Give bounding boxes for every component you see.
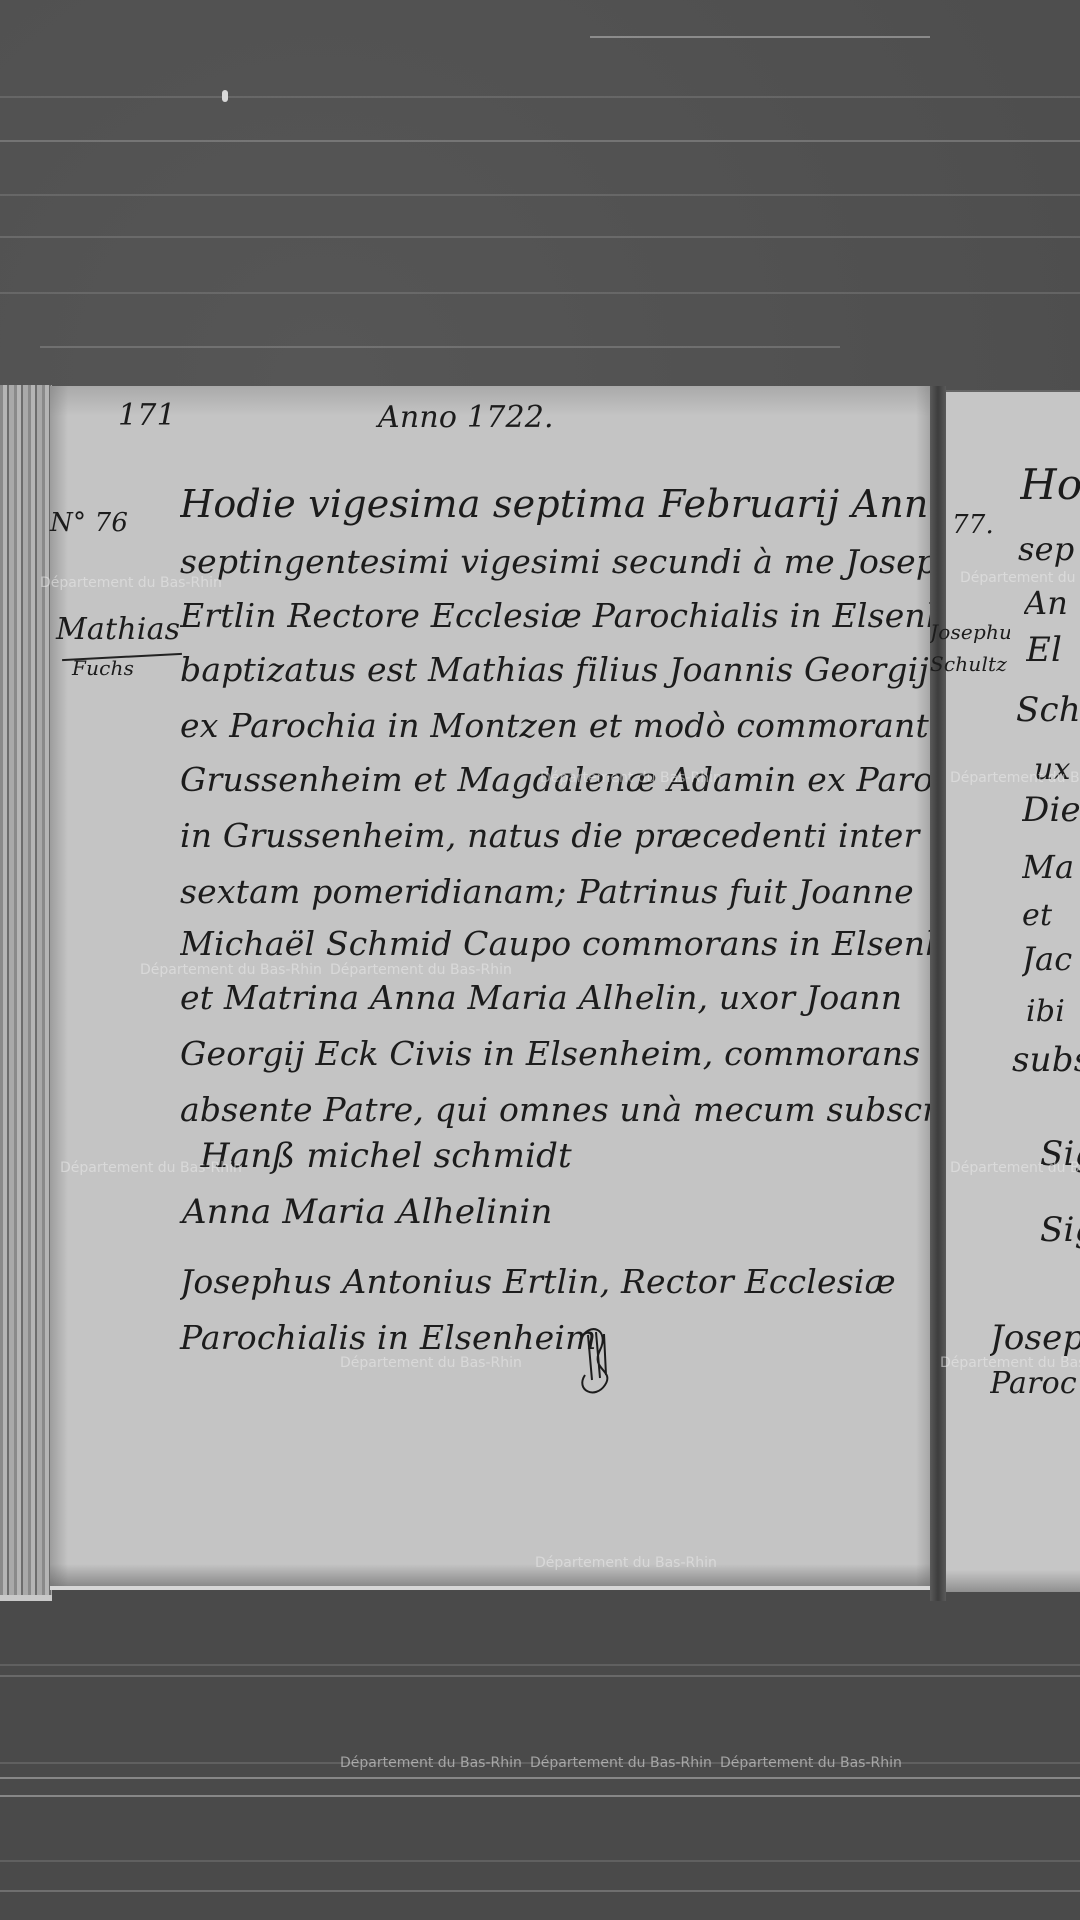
year-header: Anno 1722. xyxy=(378,400,554,435)
watermark: Département du Bas-Rhin xyxy=(330,962,512,978)
margin-surname: Fuchs xyxy=(72,656,134,680)
right-line-fragment: et xyxy=(1022,898,1080,933)
watermark: Département du Bas-Rhin xyxy=(940,1355,1080,1371)
right-line-fragment: ibi xyxy=(1026,994,1080,1029)
right-line-fragment: An xyxy=(1024,584,1080,622)
right-margin-surname: Schultz xyxy=(930,652,1010,676)
right-line-fragment: Sig xyxy=(1040,1210,1080,1250)
watermark: Département du Bas-Rhin xyxy=(950,770,1080,786)
watermark: Département du Bas-Rhin xyxy=(540,770,722,786)
record-line-7: in Grussenheim, natus die præcedenti int… xyxy=(180,816,930,855)
record-line-3: Ertlin Rectore Ecclesiæ Parochialis in E… xyxy=(180,596,930,635)
record-line-12: absente Patre, qui omnes unà mecum subsc… xyxy=(180,1090,930,1129)
book-edge xyxy=(0,385,52,1601)
watermark: Département du Bas-Rhin xyxy=(40,575,222,591)
signature-godmother: Anna Maria Alhelinin xyxy=(182,1192,553,1232)
right-line-fragment: subs xyxy=(1012,1040,1080,1080)
film-scratch xyxy=(0,1795,1080,1797)
watermark: Département du Bas-Rhin xyxy=(530,1755,712,1771)
right-line-fragment: Ho xyxy=(1020,460,1080,509)
page-number: 171 xyxy=(118,398,176,433)
margin-given-name: Mathias xyxy=(56,612,180,647)
record-line-11: Georgij Eck Civis in Elsenheim, commoran… xyxy=(180,1034,930,1073)
film-scratch xyxy=(40,346,840,348)
right-line-fragment: Paroc xyxy=(990,1366,1080,1401)
watermark: Département du Bas-Rhin xyxy=(340,1755,522,1771)
watermark: Département du Bas-Rhin xyxy=(140,962,322,978)
watermark: Département du Bas-Rhin xyxy=(960,570,1080,586)
right-line-fragment: Jac xyxy=(1022,940,1080,978)
film-scratch xyxy=(0,1890,1080,1892)
signature-flourish xyxy=(570,1320,620,1400)
film-scratch xyxy=(0,1675,1080,1677)
film-scratch xyxy=(0,236,1080,238)
watermark: Département du Bas-Rhin xyxy=(60,1160,242,1176)
right-line-fragment: Die xyxy=(1022,790,1080,830)
record-line-4: baptizatus est Mathias filius Joannis Ge… xyxy=(180,650,930,689)
record-line-9: Michaël Schmid Caupo commorans in Elsenh… xyxy=(180,924,930,963)
book-gutter xyxy=(930,386,946,1601)
right-entry-number: 77. xyxy=(952,510,994,540)
record-line-2: septingentesimi vigesimi secundi à me Jo… xyxy=(180,542,930,581)
right-line-fragment: Josep xyxy=(990,1318,1080,1358)
record-line-10: et Matrina Anna Maria Alhelin, uxor Joan… xyxy=(180,978,930,1017)
watermark: Département du Bas-Rhin xyxy=(950,1160,1080,1176)
entry-number: N° 76 xyxy=(50,508,128,538)
signature-rector-title: Parochialis in Elsenheim xyxy=(180,1318,597,1357)
watermark: Département du Bas-Rhin xyxy=(340,1355,522,1371)
signature-godfather: Hanß michel schmidt xyxy=(200,1136,572,1176)
film-scratch xyxy=(0,1777,1080,1779)
watermark: Département du Bas-Rhin xyxy=(720,1755,902,1771)
film-scratch xyxy=(590,36,930,38)
record-line-1: Hodie vigesima septima Februarij Anni mi… xyxy=(180,482,930,526)
right-line-fragment: sep xyxy=(1018,530,1080,568)
record-line-8: sextam pomeridianam; Patrinus fuit Joann… xyxy=(180,872,930,911)
film-scratch xyxy=(0,140,1080,142)
right-line-fragment: Ma xyxy=(1022,848,1080,886)
right-margin-given-name: Josephus xyxy=(930,620,1010,644)
watermark: Département du Bas-Rhin xyxy=(535,1555,717,1571)
right-line-fragment: El xyxy=(1026,630,1080,670)
film-speck xyxy=(222,90,228,102)
right-line-fragment: Sch xyxy=(1016,690,1080,730)
record-line-5: ex Parochia in Montzen et modò commorant… xyxy=(180,706,930,745)
signature-rector: Josephus Antonius Ertlin, Rector Ecclesi… xyxy=(180,1262,930,1301)
